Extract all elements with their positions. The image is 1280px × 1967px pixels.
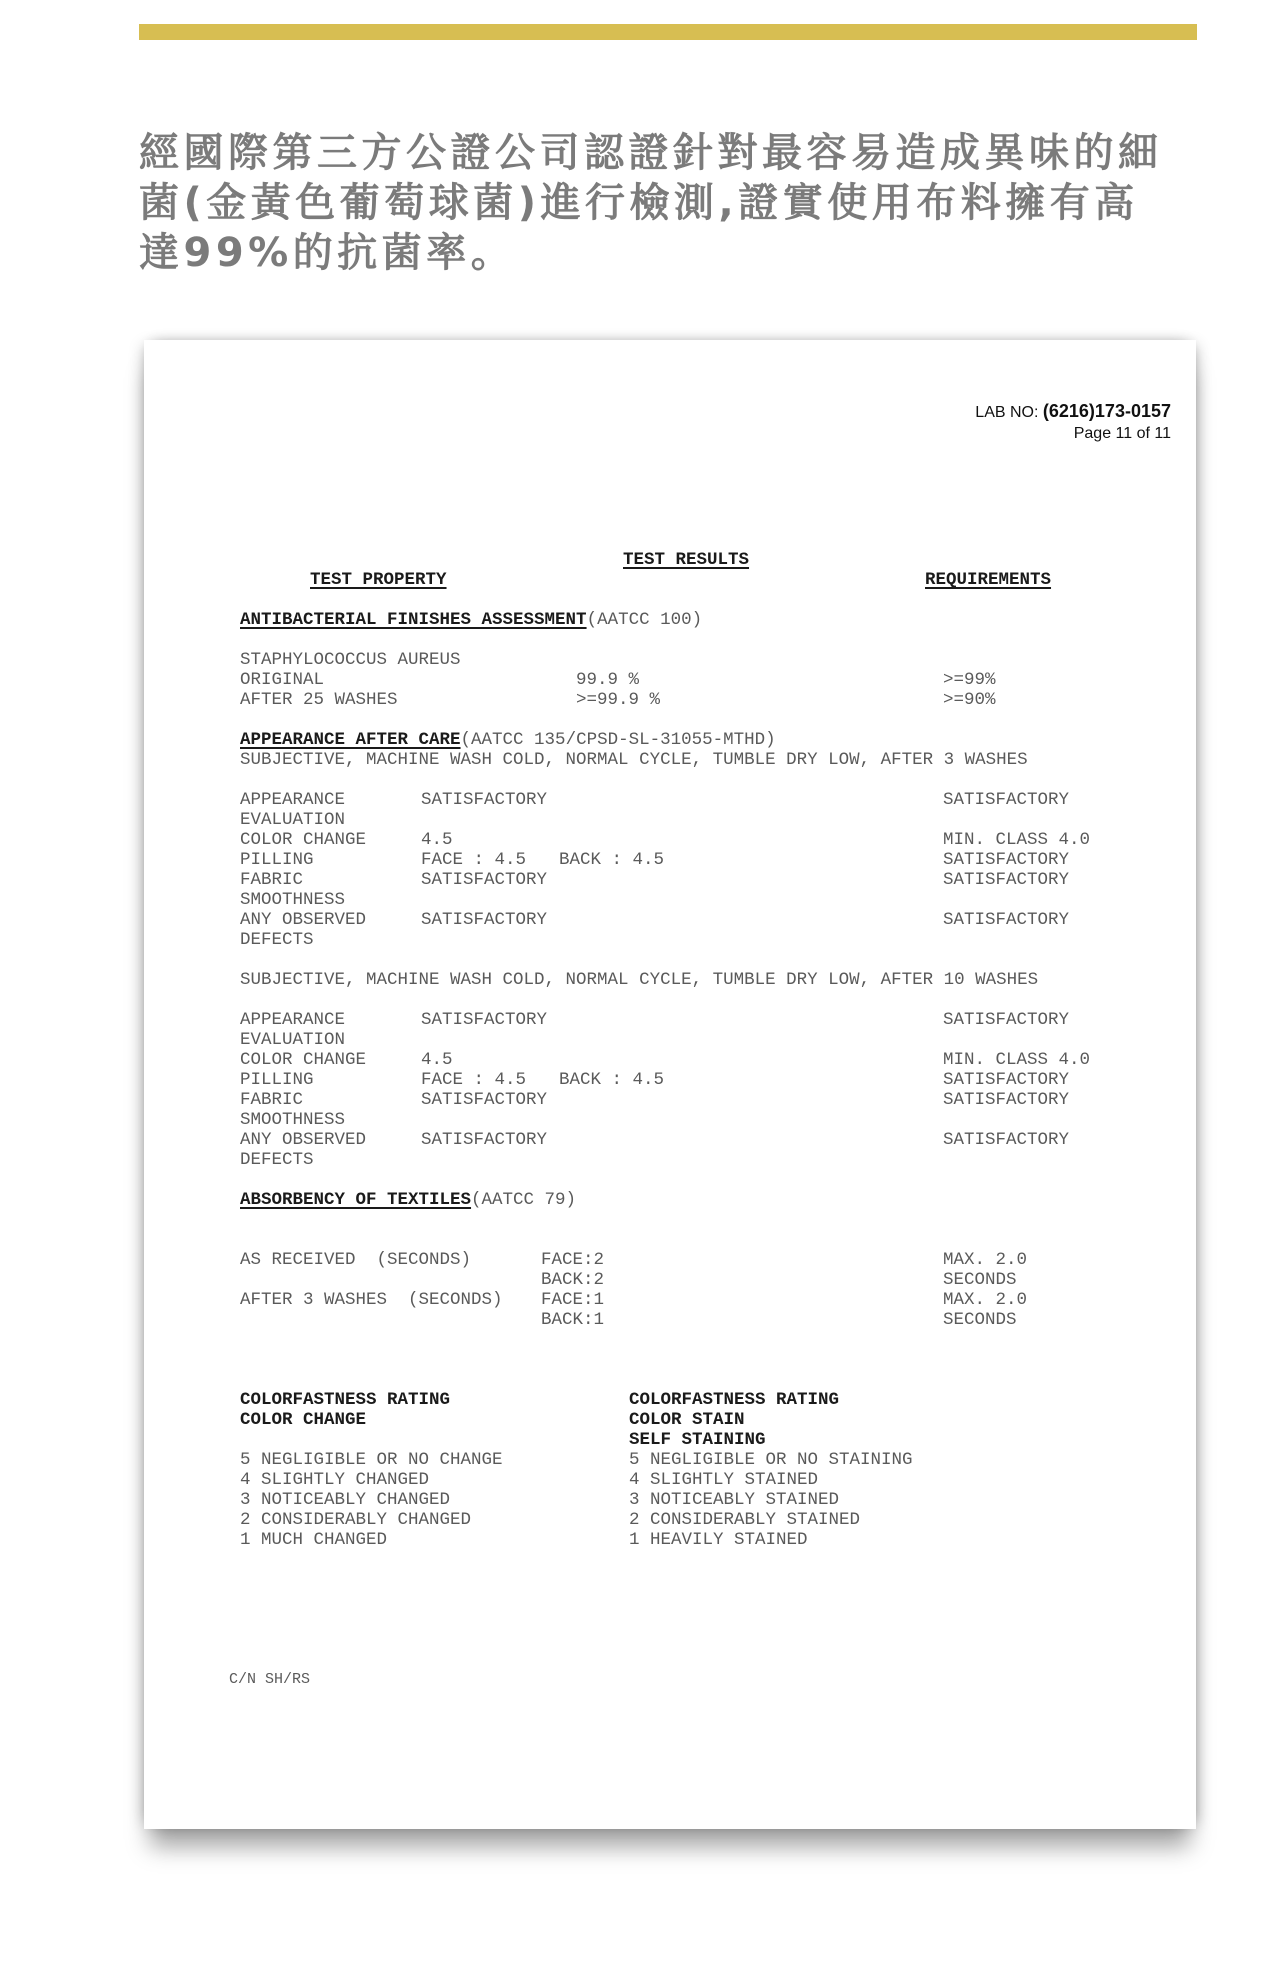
headline-line: 達99%的抗菌率。 (139, 228, 1209, 278)
row-property: FABRIC (240, 870, 303, 890)
gold-accent-bar (139, 24, 1197, 40)
scale-item: 2 CONSIDERABLY STAINED (629, 1510, 860, 1530)
colorfastness-stain-heading: COLORFASTNESS RATING (629, 1390, 839, 1410)
footer-code: C/N SH/RS (229, 1670, 310, 1690)
section-appearance-heading: APPEARANCE AFTER CARE(AATCC 135/CPSD-SL-… (240, 730, 776, 750)
row-requirement: MIN. CLASS 4.0 (943, 1050, 1090, 1070)
row-result: FACE : 4.5 (421, 1070, 526, 1090)
scale-item: 4 SLIGHTLY CHANGED (240, 1470, 429, 1490)
column-header-requirements: REQUIREMENTS (925, 570, 1051, 590)
page-indicator: Page 11 of 11 (975, 424, 1171, 444)
row-result: FACE : 4.5 (421, 850, 526, 870)
colorfastness-change-subheading: COLOR CHANGE (240, 1410, 366, 1430)
organism-label: STAPHYLOCOCCUS AUREUS (240, 650, 461, 670)
row-result-back: BACK : 4.5 (559, 1070, 664, 1090)
row-result: SATISFACTORY (421, 1130, 547, 1150)
page-headline: 經國際第三方公證公司認證針對最容易造成異味的細 菌(金黃色葡萄球菌)進行檢測,證… (139, 128, 1209, 278)
row-result-face: FACE:2 (541, 1250, 604, 1270)
scale-item: 5 NEGLIGIBLE OR NO STAINING (629, 1450, 913, 1470)
column-header-test-property: TEST PROPERTY (310, 570, 447, 590)
row-requirement: SATISFACTORY (943, 1090, 1069, 1110)
row-requirement: >=99% (943, 670, 996, 690)
row-result: >=99.9 % (576, 690, 660, 710)
row-result-back: BACK:1 (541, 1310, 604, 1330)
headline-line: 菌(金黃色葡萄球菌)進行檢測,證實使用布料擁有高 (139, 178, 1209, 228)
row-result: SATISFACTORY (421, 1090, 547, 1110)
row-property: COLOR CHANGE (240, 830, 366, 850)
section-title: ABSORBENCY OF TEXTILES (240, 1190, 471, 1210)
row-result: 99.9 % (576, 670, 639, 690)
row-requirement: SATISFACTORY (943, 1070, 1069, 1090)
row-property: AFTER 3 WASHES (SECONDS) (240, 1290, 503, 1310)
section-title: ANTIBACTERIAL FINISHES ASSESSMENT (240, 610, 587, 630)
row-property: ORIGINAL (240, 670, 324, 690)
row-result: 4.5 (421, 1050, 453, 1070)
section-antibacterial-heading: ANTIBACTERIAL FINISHES ASSESSMENT(AATCC … (240, 610, 702, 630)
row-result-back: BACK : 4.5 (559, 850, 664, 870)
row-requirement: MIN. CLASS 4.0 (943, 830, 1090, 850)
row-property: PILLING (240, 850, 314, 870)
row-result: SATISFACTORY (421, 790, 547, 810)
section-method: (AATCC 79) (471, 1190, 576, 1210)
section-method: (AATCC 100) (587, 610, 703, 630)
row-property: SMOOTHNESS (240, 1110, 345, 1130)
row-requirement: MAX. 2.0 (943, 1250, 1027, 1270)
row-property: DEFECTS (240, 1150, 314, 1170)
row-result: SATISFACTORY (421, 910, 547, 930)
row-requirement-unit: SECONDS (943, 1310, 1017, 1330)
row-result: SATISFACTORY (421, 1010, 547, 1030)
section-absorbency-heading: ABSORBENCY OF TEXTILES(AATCC 79) (240, 1190, 576, 1210)
row-result-face: FACE:1 (541, 1290, 604, 1310)
row-requirement: MAX. 2.0 (943, 1290, 1027, 1310)
scale-item: 4 SLIGHTLY STAINED (629, 1470, 818, 1490)
row-result-back: BACK:2 (541, 1270, 604, 1290)
row-property: AFTER 25 WASHES (240, 690, 398, 710)
colorfastness-stain-subheading: COLOR STAIN (629, 1410, 745, 1430)
lab-no-value: (6216)173-0157 (1043, 401, 1171, 421)
row-property: APPEARANCE (240, 1010, 345, 1030)
row-requirement: SATISFACTORY (943, 870, 1069, 890)
headline-line: 經國際第三方公證公司認證針對最容易造成異味的細 (139, 128, 1209, 178)
row-property: DEFECTS (240, 930, 314, 950)
row-property: ANY OBSERVED (240, 910, 366, 930)
row-requirement: SATISFACTORY (943, 910, 1069, 930)
row-result: SATISFACTORY (421, 870, 547, 890)
row-property: FABRIC (240, 1090, 303, 1110)
row-property: EVALUATION (240, 810, 345, 830)
row-requirement-unit: SECONDS (943, 1270, 1017, 1290)
row-requirement: >=90% (943, 690, 996, 710)
scale-item: 1 MUCH CHANGED (240, 1530, 387, 1550)
row-property: SMOOTHNESS (240, 890, 345, 910)
section-title: APPEARANCE AFTER CARE (240, 730, 461, 750)
row-property: AS RECEIVED (SECONDS) (240, 1250, 471, 1270)
column-header-test-results: TEST RESULTS (623, 550, 749, 570)
scale-item: 2 CONSIDERABLY CHANGED (240, 1510, 471, 1530)
scale-item: 5 NEGLIGIBLE OR NO CHANGE (240, 1450, 503, 1470)
row-property: PILLING (240, 1070, 314, 1090)
row-property: ANY OBSERVED (240, 1130, 366, 1150)
row-requirement: SATISFACTORY (943, 1130, 1069, 1150)
test-condition: SUBJECTIVE, MACHINE WASH COLD, NORMAL CY… (240, 970, 1038, 990)
row-property: COLOR CHANGE (240, 1050, 366, 1070)
scale-item: 1 HEAVILY STAINED (629, 1530, 808, 1550)
lab-number-block: LAB NO: (6216)173-0157 Page 11 of 11 (975, 400, 1171, 444)
row-requirement: SATISFACTORY (943, 850, 1069, 870)
scale-item: 3 NOTICEABLY CHANGED (240, 1490, 450, 1510)
lab-no-label: LAB NO: (975, 404, 1038, 421)
section-method: (AATCC 135/CPSD-SL-31055-MTHD) (461, 730, 776, 750)
row-requirement: SATISFACTORY (943, 1010, 1069, 1030)
colorfastness-change-heading: COLORFASTNESS RATING (240, 1390, 450, 1410)
row-requirement: SATISFACTORY (943, 790, 1069, 810)
scale-item: 3 NOTICEABLY STAINED (629, 1490, 839, 1510)
row-property: APPEARANCE (240, 790, 345, 810)
row-property: EVALUATION (240, 1030, 345, 1050)
row-result: 4.5 (421, 830, 453, 850)
test-condition: SUBJECTIVE, MACHINE WASH COLD, NORMAL CY… (240, 750, 1028, 770)
colorfastness-stain-subheading: SELF STAINING (629, 1430, 766, 1450)
